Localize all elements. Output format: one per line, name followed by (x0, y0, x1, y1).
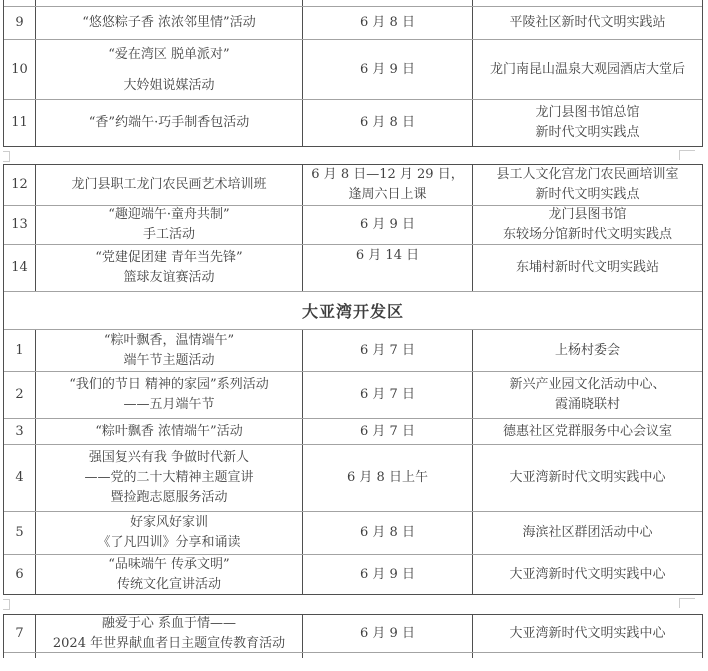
activity-name-cell (36, 653, 303, 658)
activity-name-cell: “品味端午 传承文明” 传统文化宣讲活动 (36, 555, 303, 594)
location-cell: 县工人文化宫龙门农民画培训室 新时代文明实践点 (473, 165, 702, 205)
date-cell (303, 653, 473, 658)
date-cell (303, 0, 473, 6)
table-row: 12 龙门县职工龙门农民画艺术培训班 6 月 8 日—12 月 29 日， 逢周… (4, 165, 702, 206)
location-cell: 德惠社区党群服务中心会议室 (473, 419, 702, 444)
activities-table-fragment-2: 12 龙门县职工龙门农民画艺术培训班 6 月 8 日—12 月 29 日， 逢周… (3, 164, 703, 595)
date-cell: 6 月 9 日 (303, 206, 473, 244)
location-cell: 大亚湾新时代文明实践中心 (473, 445, 702, 511)
date-cell: 6 月 8 日 (303, 512, 473, 554)
activities-table-fragment-1: 9 “悠悠粽子香 浓浓邻里情”活动 6 月 8 日 平陵社区新时代文明实践站 1… (3, 0, 703, 147)
table-row: 6 “品味端午 传承文明” 传统文化宣讲活动 6 月 9 日 大亚湾新时代文明实… (4, 555, 702, 594)
row-number-cell (4, 653, 36, 658)
table-row: 11 “香”约端午·巧手制香包活动 6 月 8 日 龙门县图书馆总馆 新时代文明… (4, 100, 702, 146)
location-cell: 龙门县图书馆总馆 新时代文明实践点 (473, 100, 702, 146)
table-row: 2 “我们的节日 精神的家园”系列活动 ——五月端午节 6 月 7 日 新兴产业… (4, 372, 702, 419)
date-cell: 6 月 8 日—12 月 29 日， 逢周六日上课 (303, 165, 473, 205)
table-row: 14 “党建促团建 青年当先锋” 篮球友谊赛活动 6 月 14 日 东埔村新时代… (4, 245, 702, 292)
row-number-cell: 13 (4, 206, 36, 244)
row-number-cell: 4 (4, 445, 36, 511)
activity-name-cell: “粽叶飘香 浓情端午”活动 (36, 419, 303, 444)
table-row-partial (4, 653, 702, 658)
section-header-row: 大亚湾开发区 (4, 292, 702, 330)
date-cell: 6 月 9 日 (303, 555, 473, 594)
activities-table-fragment-3: 7 融爱于心 系血于情—— 2024 年世界献血者日主题宣传教育活动 6 月 9… (3, 614, 703, 658)
row-number-cell (4, 0, 36, 6)
row-number-cell: 1 (4, 330, 36, 371)
date-cell: 6 月 14 日 (303, 245, 473, 291)
activity-name-cell: “党建促团建 青年当先锋” 篮球友谊赛活动 (36, 245, 303, 291)
table-break-handle-icon (3, 599, 10, 610)
date-cell: 6 月 8 日 (303, 100, 473, 146)
table-row: 3 “粽叶飘香 浓情端午”活动 6 月 7 日 德惠社区党群服务中心会议室 (4, 419, 702, 445)
row-number-cell: 5 (4, 512, 36, 554)
row-number-cell: 11 (4, 100, 36, 146)
row-number-cell: 12 (4, 165, 36, 205)
activity-name-cell: 好家风好家训 《了凡四训》分享和诵读 (36, 512, 303, 554)
location-cell: 海滨社区群团活动中心 (473, 512, 702, 554)
section-header-dayawan: 大亚湾开发区 (302, 299, 404, 322)
activity-name-cell: “趣迎端午·童舟共制” 手工活动 (36, 206, 303, 244)
table-row: 7 融爱于心 系血于情—— 2024 年世界献血者日主题宣传教育活动 6 月 9… (4, 615, 702, 653)
location-cell: 平陵社区新时代文明实践站 (473, 7, 702, 39)
document-page: 9 “悠悠粽子香 浓浓邻里情”活动 6 月 8 日 平陵社区新时代文明实践站 1… (3, 0, 703, 658)
location-cell: 大亚湾新时代文明实践中心 (473, 555, 702, 594)
location-cell (473, 653, 702, 658)
activity-name-cell: “爱在湾区 脱单派对” 大妗姐说媒活动 (36, 40, 303, 99)
row-number-cell: 2 (4, 372, 36, 418)
location-cell: 东埔村新时代文明实践站 (473, 245, 702, 291)
activity-name-cell: 融爱于心 系血于情—— 2024 年世界献血者日主题宣传教育活动 (36, 615, 303, 652)
location-cell (473, 0, 702, 6)
activity-name-cell: 强国复兴有我 争做时代新人 ——党的二十大精神主题宣讲 暨捡跑志愿服务活动 (36, 445, 303, 511)
activity-name-cell: “悠悠粽子香 浓浓邻里情”活动 (36, 7, 303, 39)
table-row: 13 “趣迎端午·童舟共制” 手工活动 6 月 9 日 龙门县图书馆 东较场分馆… (4, 206, 702, 245)
date-cell: 6 月 7 日 (303, 372, 473, 418)
row-number-cell: 14 (4, 245, 36, 291)
table-row: 9 “悠悠粽子香 浓浓邻里情”活动 6 月 8 日 平陵社区新时代文明实践站 (4, 7, 702, 40)
table-row: 5 好家风好家训 《了凡四训》分享和诵读 6 月 8 日 海滨社区群团活动中心 (4, 512, 702, 555)
date-cell: 6 月 8 日 (303, 7, 473, 39)
activity-name-cell: “香”约端午·巧手制香包活动 (36, 100, 303, 146)
table-break-handle-icon (679, 150, 695, 160)
activity-name-cell (36, 0, 303, 6)
table-break (3, 595, 703, 614)
location-cell: 龙门县图书馆 东较场分馆新时代文明实践点 (473, 206, 702, 244)
row-number-cell: 3 (4, 419, 36, 444)
table-row: 1 “粽叶飘香，温情端午” 端午节主题活动 6 月 7 日 上杨村委会 (4, 330, 702, 372)
date-cell: 6 月 9 日 (303, 40, 473, 99)
date-cell: 6 月 9 日 (303, 615, 473, 652)
location-cell: 龙门南昆山温泉大观园酒店大堂后 (473, 40, 702, 99)
location-cell: 上杨村委会 (473, 330, 702, 371)
date-cell: 6 月 7 日 (303, 419, 473, 444)
activity-name-cell: “粽叶飘香，温情端午” 端午节主题活动 (36, 330, 303, 371)
location-cell: 大亚湾新时代文明实践中心 (473, 615, 702, 652)
location-cell: 新兴产业园文化活动中心、 霞涌晓联村 (473, 372, 702, 418)
table-row: 4 强国复兴有我 争做时代新人 ——党的二十大精神主题宣讲 暨捡跑志愿服务活动 … (4, 445, 702, 512)
date-cell: 6 月 8 日上午 (303, 445, 473, 511)
table-break (3, 147, 703, 164)
table-row: 10 “爱在湾区 脱单派对” 大妗姐说媒活动 6 月 9 日 龙门南昆山温泉大观… (4, 40, 702, 100)
table-break-handle-icon (679, 598, 695, 608)
row-number-cell: 9 (4, 7, 36, 39)
row-number-cell: 6 (4, 555, 36, 594)
row-number-cell: 10 (4, 40, 36, 99)
activity-name-cell: “我们的节日 精神的家园”系列活动 ——五月端午节 (36, 372, 303, 418)
table-row-partial (4, 0, 702, 7)
activity-name-cell: 龙门县职工龙门农民画艺术培训班 (36, 165, 303, 205)
row-number-cell: 7 (4, 615, 36, 652)
date-cell: 6 月 7 日 (303, 330, 473, 371)
table-break-handle-icon (3, 151, 10, 162)
